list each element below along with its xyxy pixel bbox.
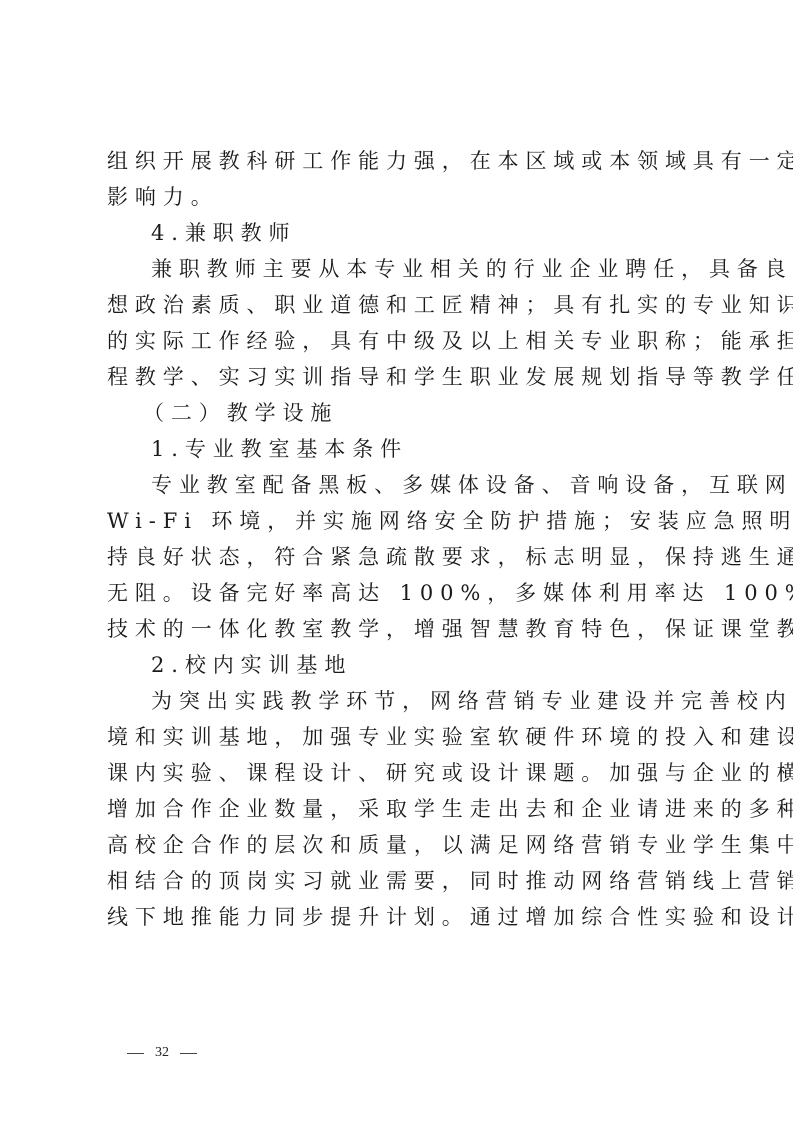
- paragraph-line: 持良好状态，符合紧急疏散要求，标志明显，保持逃生通道畅通: [107, 539, 697, 575]
- paragraph-line: 想政治素质、职业道德和工匠精神；具有扎实的专业知识和丰富: [107, 287, 697, 323]
- dash-left-icon: [127, 1053, 144, 1054]
- paragraph-line: 无阻。设备完好率高达 100%，多媒体利用率达 100%。基于网络: [107, 575, 697, 611]
- paragraph-line: 的实际工作经验，具有中级及以上相关专业职称；能承担专业课: [107, 323, 697, 359]
- document-body: 组织开展教科研工作能力强，在本区域或本领域具有一定的专业 影响力。 4.兼职教师…: [107, 143, 697, 935]
- paragraph-line: 组织开展教科研工作能力强，在本区域或本领域具有一定的专业: [107, 143, 697, 179]
- subsection-heading-training-base: 2.校内实训基地: [107, 647, 697, 683]
- page-number: 32: [155, 1045, 169, 1061]
- paragraph-line: 专业教室配备黑板、多媒体设备、音响设备，互联网接入、: [107, 467, 697, 503]
- paragraph-line: 增加合作企业数量，采取学生走出去和企业请进来的多种形式提: [107, 791, 697, 827]
- paragraph-line: 影响力。: [107, 179, 697, 215]
- paragraph-line: 境和实训基地，加强专业实验室软硬件环境的投入和建设，满足: [107, 719, 697, 755]
- paragraph-line: 线下地推能力同步提升计划。通过增加综合性实验和设计性实验: [107, 899, 697, 935]
- section-heading-teaching-facilities: （二）教学设施: [107, 395, 697, 431]
- paragraph-line: 课内实验、课程设计、研究或设计课题。加强与企业的横向联系，: [107, 755, 697, 791]
- paragraph-line: 兼职教师主要从本专业相关的行业企业聘任，具备良好的思: [107, 251, 697, 287]
- subsection-heading-classroom: 1.专业教室基本条件: [107, 431, 697, 467]
- page-footer: 32: [127, 1041, 197, 1065]
- paragraph-line: Wi-Fi 环境，并实施网络安全防护措施；安装应急照明装置并保: [107, 503, 697, 539]
- paragraph-line: 高校企合作的层次和质量，以满足网络营销专业学生集中与分散: [107, 827, 697, 863]
- paragraph-line: 相结合的顶岗实习就业需要，同时推动网络营销线上营销技能和: [107, 863, 697, 899]
- dash-right-icon: [180, 1053, 197, 1054]
- paragraph-line: 为突出实践教学环节，网络营销专业建设并完善校内实验环: [107, 683, 697, 719]
- paragraph-line: 程教学、实习实训指导和学生职业发展规划指导等教学任务。: [107, 359, 697, 395]
- paragraph-line: 技术的一体化教室教学，增强智慧教育特色，保证课堂教学效果。: [107, 611, 697, 647]
- section-heading-part-time-teachers: 4.兼职教师: [107, 215, 697, 251]
